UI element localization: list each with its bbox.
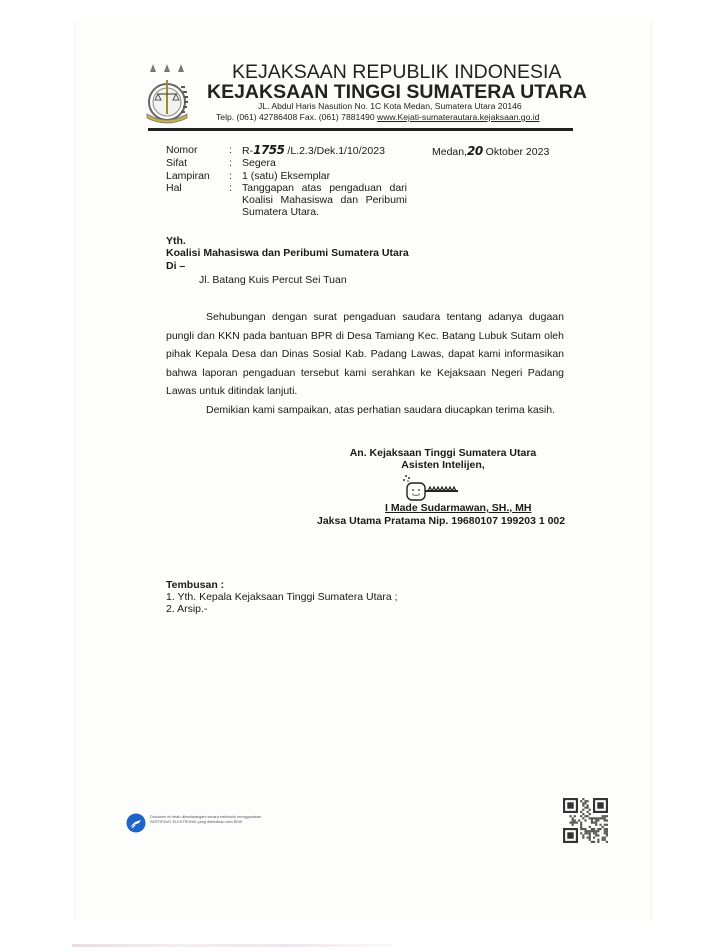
cc-item: 1. Yth. Kepala Kejaksaan Tinggi Sumatera… — [166, 591, 398, 603]
body-paragraph: Sehubungan dengan surat pengaduan saudar… — [166, 308, 564, 401]
recipient-address: Jl. Batang Kuis Percut Sei Tuan — [199, 274, 347, 286]
cc-block: Tembusan : 1. Yth. Kepala Kejaksaan Ting… — [166, 579, 398, 615]
letter-body: Sehubungan dengan surat pengaduan saudar… — [166, 308, 564, 420]
salutation: Yth. — [166, 235, 409, 247]
closing-paragraph: Demikian kami sampaikan, atas perhatian … — [166, 401, 564, 420]
signer-position: Asisten Intelijen, — [343, 460, 543, 472]
number-suffix: /L.2.3/Dek.1/10/2023 — [285, 145, 385, 157]
recipient-block: Yth. Koalisi Mahasiswa dan Peribumi Suma… — [166, 235, 409, 272]
meta-row-lampiran: Lampiran : 1 (satu) Eksemplar — [166, 170, 407, 182]
electronic-signature-icon — [396, 473, 468, 503]
letterhead-divider — [148, 128, 573, 131]
website-link[interactable]: www.Kejati-sumaterautara.kejaksaan.go.id — [377, 112, 539, 122]
qr-code-icon — [563, 798, 608, 843]
meta-label: Lampiran — [166, 170, 229, 182]
meta-row-sifat: Sifat : Segera — [166, 157, 407, 169]
meta-label: Hal — [166, 182, 229, 219]
meta-colon: : — [229, 170, 242, 182]
meta-value: Tanggapan atas pengaduan dari Koalisi Ma… — [242, 182, 407, 219]
letterhead-contact: Telp. (061) 42786408 Fax. (061) 7881490 … — [216, 112, 539, 122]
meta-value: Segera — [242, 157, 407, 169]
recipient-name: Koalisi Mahasiswa dan Peribumi Sumatera … — [166, 247, 409, 259]
bsre-logo-icon — [126, 813, 146, 833]
meta-value: R-1755 /L.2.3/Dek.1/10/2023 — [242, 144, 407, 157]
bsre-notice: Dokumen ini telah ditandatangani secara … — [150, 815, 270, 825]
month-year: Oktober 2023 — [483, 146, 550, 158]
handwritten-day: 20 — [467, 144, 483, 158]
meta-colon: : — [229, 144, 242, 157]
meta-label: Nomor — [166, 144, 229, 157]
cc-item: 2. Arsip.- — [166, 603, 398, 615]
meta-row-nomor: Nomor : R-1755 /L.2.3/Dek.1/10/2023 — [166, 144, 407, 157]
signature-block: An. Kejaksaan Tinggi Sumatera Utara Asis… — [343, 448, 543, 471]
meta-row-hal: Hal : Tanggapan atas pengaduan dari Koal… — [166, 182, 407, 219]
place: Medan, — [432, 146, 467, 158]
recipient-di: Di – — [166, 260, 409, 272]
place-date: Medan,20 Oktober 2023 — [432, 144, 549, 158]
signer-on-behalf: An. Kejaksaan Tinggi Sumatera Utara — [343, 448, 543, 460]
meta-label: Sifat — [166, 157, 229, 169]
cc-title: Tembusan : — [166, 579, 398, 591]
kejaksaan-emblem-icon — [145, 62, 210, 124]
meta-colon: : — [229, 182, 242, 219]
contact-phone-fax: Telp. (061) 42786408 Fax. (061) 7881490 — [216, 112, 377, 122]
signer-rank-nip: Jaksa Utama Pratama Nip. 19680107 199203… — [317, 515, 565, 527]
meta-value: 1 (satu) Eksemplar — [242, 170, 407, 182]
number-prefix: R- — [242, 145, 253, 157]
signer-name: I Made Sudarmawan, SH., MH — [385, 502, 531, 514]
letter-meta: Nomor : R-1755 /L.2.3/Dek.1/10/2023 Sifa… — [166, 144, 407, 219]
letterhead-address: JL. Abdul Haris Nasution No. 1C Kota Med… — [258, 101, 522, 111]
handwritten-number: 1755 — [253, 143, 284, 157]
scan-edge — [72, 944, 392, 947]
meta-colon: : — [229, 157, 242, 169]
